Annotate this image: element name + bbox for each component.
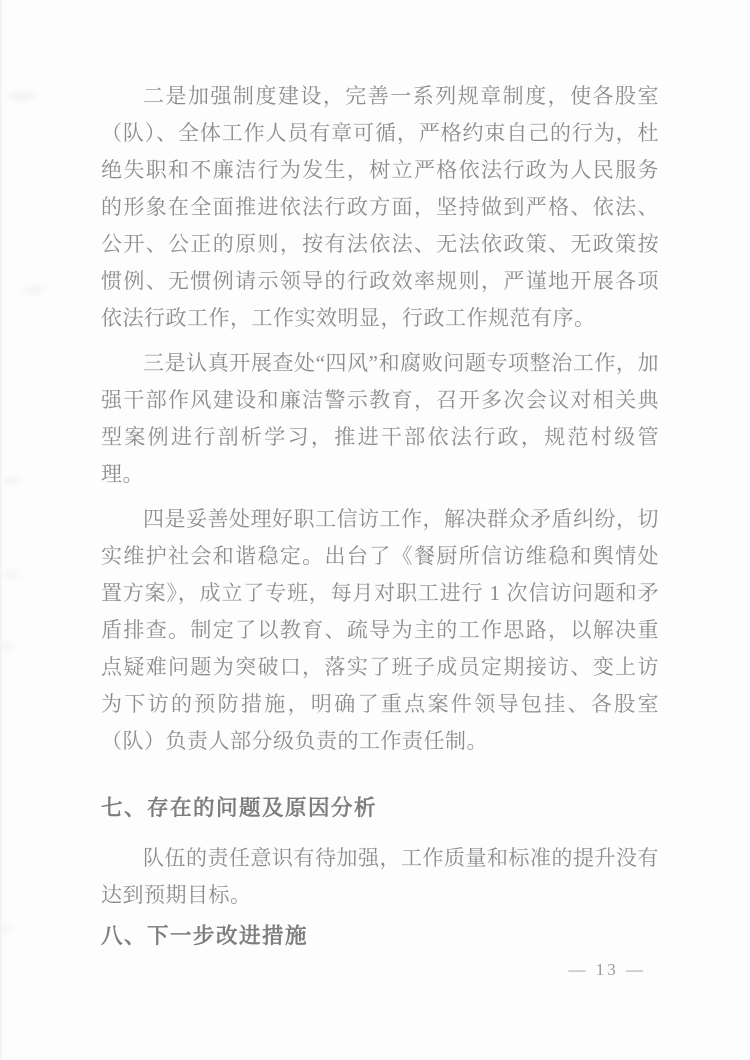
section-heading-seven: 七、存在的问题及原因分析 <box>101 794 659 822</box>
page-number: — 13 — <box>569 960 647 980</box>
scan-smudge-artifact <box>22 286 44 294</box>
scanned-document-page: 二是加强制度建设，完善一系列规章制度，使各股室（队）、全体工作人员有章可循，严格… <box>0 0 750 1060</box>
paragraph-issues: 队伍的责任意识有待加强，工作质量和标准的提升没有达到预期目标。 <box>101 840 659 914</box>
scan-smudge-artifact <box>8 92 36 101</box>
scan-smudge-artifact <box>0 924 10 933</box>
paragraph-second-measure: 二是加强制度建设，完善一系列规章制度，使各股室（队）、全体工作人员有章可循，严格… <box>101 78 659 337</box>
paragraph-fourth-measure: 四是妥善处理好职工信访工作，解决群众矛盾纠纷，切实维护社会和谐稳定。出台了《餐厨… <box>101 501 659 760</box>
paragraph-third-measure: 三是认真开展查处“四风”和腐败问题专项整治工作，加强干部作风建设和廉洁警示教育，… <box>101 345 659 493</box>
scan-smudge-artifact <box>4 477 19 485</box>
scan-smudge-artifact <box>2 571 19 578</box>
scan-edge-artifact <box>0 0 3 1060</box>
document-body: 二是加强制度建设，完善一系列规章制度，使各股室（队）、全体工作人员有章可循，严格… <box>101 78 659 950</box>
section-heading-eight: 八、下一步改进措施 <box>101 922 659 950</box>
scan-smudge-artifact <box>0 642 13 650</box>
